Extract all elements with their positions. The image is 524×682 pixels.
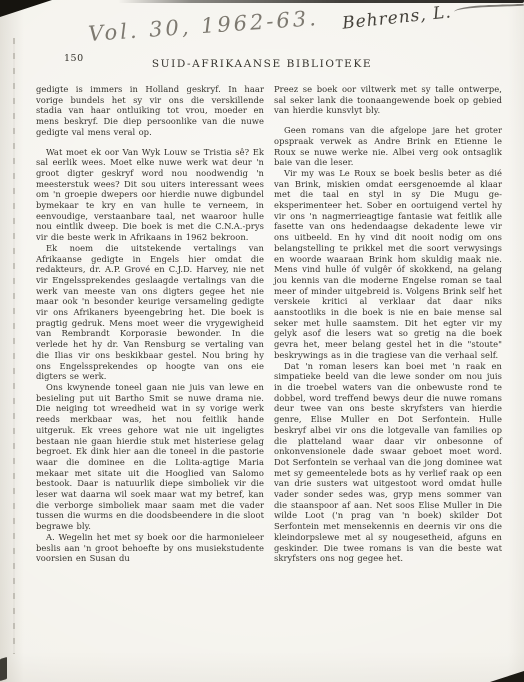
scan-artifact-corner-bottom-left [0, 657, 7, 681]
paragraph: Ek noem die uitstekende vertalings van A… [36, 243, 264, 382]
paragraph: A. Wegelin het met sy boek oor die harmo… [36, 532, 264, 564]
scan-artifact-top-edge [118, 0, 524, 3]
left-column: gedigte is immers in Holland geskryf. In… [36, 84, 264, 564]
paragraph: Ons kwynende toneel gaan nie juis van le… [36, 382, 264, 532]
paragraph: Geen romans van die afgelope jare het gr… [274, 125, 502, 168]
paragraph: Vir my was Le Roux se boek beslis beter … [274, 168, 502, 361]
paragraph: Preez se boek oor viltwerk met sy talle … [274, 84, 502, 116]
scan-artifact-top-right-streak [454, 4, 524, 14]
right-column: Preez se boek oor viltwerk met sy talle … [274, 84, 502, 564]
scanned-page: Vol. 30, 1962-63. Behrens, L. 150 SUID-A… [0, 0, 524, 682]
page-number: 150 [64, 53, 84, 64]
scan-artifact-corner-top-left [0, 0, 52, 17]
scan-artifact-corner-bottom-right [490, 671, 524, 682]
journal-title: SUID-AFRIKAANSE BIBLIOTEKE [152, 58, 372, 70]
handwritten-volume-note: Vol. 30, 1962-63. [87, 6, 319, 46]
paragraph: gedigte is immers in Holland geskryf. In… [36, 84, 264, 138]
page-header: 150 SUID-AFRIKAANSE BIBLIOTEKE [0, 52, 524, 71]
paragraph: Wat moet ek oor Van Wyk Louw se Tristia … [36, 147, 264, 243]
handwritten-name-note: Behrens, L. [341, 2, 452, 33]
paragraph: Dat 'n roman lesers kan boei met 'n raak… [274, 361, 502, 564]
scan-crease-left-edge [13, 38, 15, 654]
text-columns: gedigte is immers in Holland geskryf. In… [36, 84, 502, 564]
